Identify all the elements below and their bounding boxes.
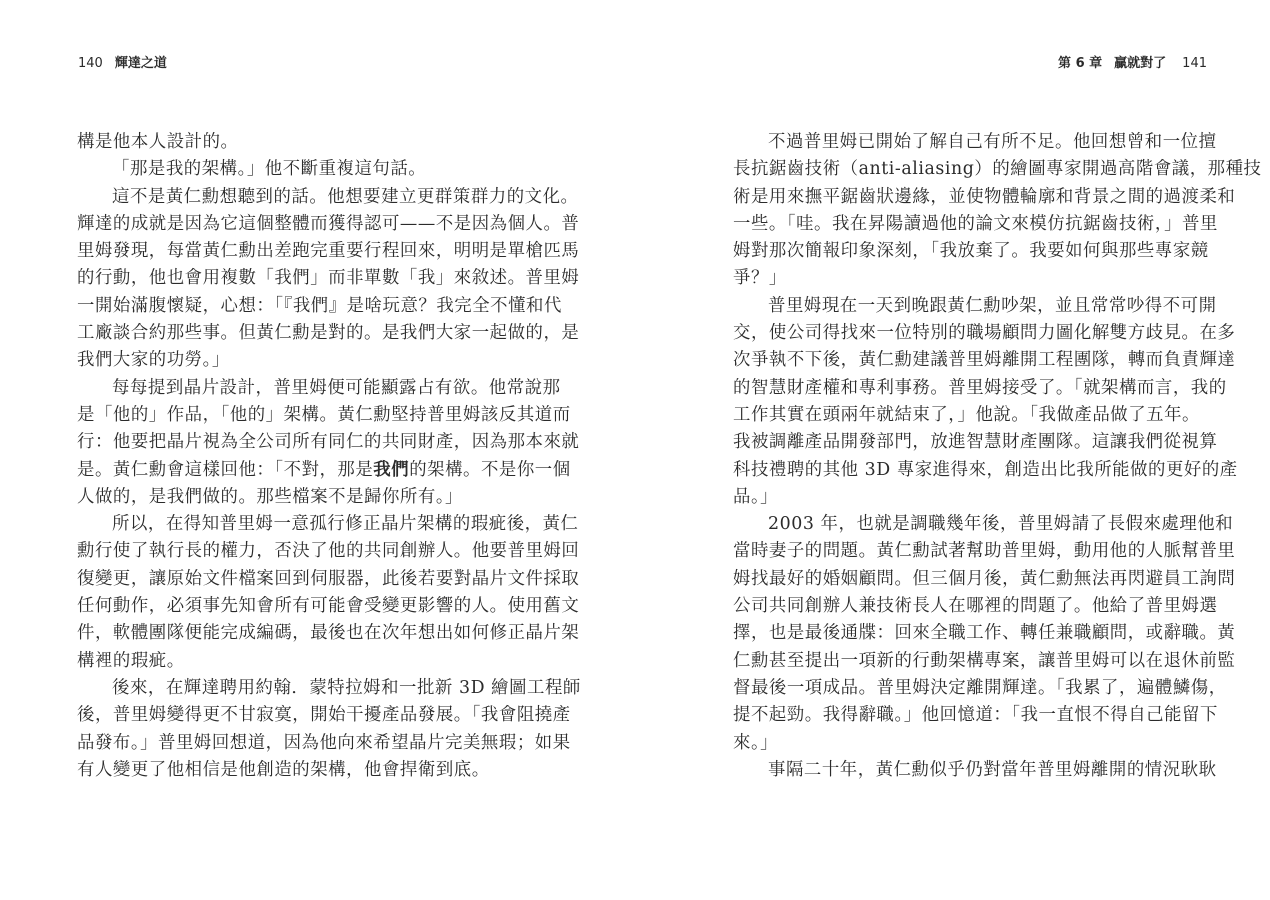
text-line: 勳行使了執行長的權力，否決了他的共同創辦人。他要普里姆回: [77, 538, 539, 565]
page-number: 140: [78, 56, 103, 71]
text-line: 構是他本人設計的。: [77, 129, 539, 156]
text-line: 後來，在輝達聘用約翰．蒙特拉姆和一批新 3D 繪圖工程師: [77, 675, 539, 702]
text-line: 件，軟體團隊便能完成編碼，最後也在次年想出如何修正晶片架: [77, 620, 539, 647]
text-line: 當時妻子的問題。黃仁勳試著幫助普里姆，動用他的人脈幫普里: [733, 538, 1195, 565]
text-line: 所以，在得知普里姆一意孤行修正晶片架構的瑕疵後，黃仁: [77, 511, 539, 538]
text-line: 督最後一項成品。普里姆決定離開輝達。「我累了，遍體鱗傷，: [733, 675, 1195, 702]
text-line: 術是用來撫平鋸齒狀邊緣，並使物體輪廓和背景之間的過渡柔和: [733, 184, 1195, 211]
text-line: 仁勳甚至提出一項新的行動架構專案，讓普里姆可以在退休前監: [733, 648, 1195, 675]
text-line: 事隔二十年，黃仁勳似乎仍對當年普里姆離開的情況耿耿: [733, 757, 1195, 784]
text-line: 任何動作，必須事先知會所有可能會受變更影響的人。使用舊文: [77, 593, 539, 620]
text-line: 擇，也是最後通牒：回來全職工作、轉任兼職顧問，或辭職。黃: [733, 620, 1195, 647]
text-line: 2003 年，也就是調職幾年後，普里姆請了長假來處理他和: [733, 511, 1195, 538]
text-line: 工作其實在頭兩年就結束了，」他說。「我做產品做了五年。: [733, 402, 1195, 429]
left-running-header: 140輝達之道: [78, 52, 167, 71]
text-line: 我們大家的功勞。」: [77, 347, 539, 374]
text-line: 長抗鋸齒技術（anti-aliasing）的繪圖專家開過高階會議，那種技: [733, 156, 1195, 183]
text-line: 一些。「哇。我在昇陽讀過他的論文來模仿抗鋸齒技術，」普里: [733, 211, 1195, 238]
text-line: 科技禮聘的其他 3D 專家進得來，創造出比我所能做的更好的產: [733, 457, 1195, 484]
text-line: 公司共同創辦人兼技術長人在哪裡的問題了。他給了普里姆選: [733, 593, 1195, 620]
text-line: 構裡的瑕疵。: [77, 648, 539, 675]
book-title: 輝達之道: [115, 56, 167, 71]
chapter-title: 贏就對了: [1114, 56, 1166, 71]
text-line: 交，使公司得找來一位特別的職場顧問力圖化解雙方歧見。在多: [733, 320, 1195, 347]
text-line: 提不起勁。我得辭職。」他回憶道：「我一直恨不得自己能留下: [733, 702, 1195, 729]
text-line: 來。」: [733, 730, 1195, 757]
text-line: 的智慧財產權和專利事務。普里姆接受了。「就架構而言，我的: [733, 375, 1195, 402]
text-line: 是。黃仁勳會這樣回他：「不對，那是我們的架構。不是你一個: [77, 457, 539, 484]
text-line: 每每提到晶片設計，普里姆便可能顯露占有欲。他常說那: [77, 375, 539, 402]
text-line: 里姆發現，每當黃仁勳出差跑完重要行程回來，明明是單槍匹馬: [77, 238, 539, 265]
text-line: 工廠談合約那些事。但黃仁勳是對的。是我們大家一起做的，是: [77, 320, 539, 347]
text-segment: 是。黃仁勳會這樣回他：「不對，那是: [77, 460, 373, 480]
chapter-label: 第 6 章: [1058, 56, 1102, 71]
text-line: 後，普里姆變得更不甘寂寞，開始干擾產品發展。「我會阻撓產: [77, 702, 539, 729]
text-line: 復變更，讓原始文件檔案回到伺服器，此後若要對晶片文件採取: [77, 566, 539, 593]
text-line: 這不是黃仁勳想聽到的話。他想要建立更群策群力的文化。: [77, 184, 539, 211]
text-line: 是「他的」作品，「他的」架構。黃仁勳堅持普里姆該反其道而: [77, 402, 539, 429]
right-page-body: 不過普里姆已開始了解自己有所不足。他回想曾和一位擅長抗鋸齒技術（anti-ali…: [733, 129, 1195, 784]
page-number: 141: [1182, 56, 1207, 71]
text-line: 次爭執不下後，黃仁勳建議普里姆離開工程團隊，轉而負責輝達: [733, 347, 1195, 374]
text-line: 輝達的成就是因為它這個整體而獲得認可——不是因為個人。普: [77, 211, 539, 238]
text-line: 一開始滿腹懷疑，心想：「『我們』是啥玩意？我完全不懂和代: [77, 293, 539, 320]
text-line: 我被調離產品開發部門，放進智慧財產團隊。這讓我們從視算: [733, 429, 1195, 456]
text-line: 人做的，是我們做的。那些檔案不是歸你所有。」: [77, 484, 539, 511]
emphasized-text: 我們: [373, 460, 409, 480]
text-line: 不過普里姆已開始了解自己有所不足。他回想曾和一位擅: [733, 129, 1195, 156]
text-line: 「那是我的架構。」他不斷重複這句話。: [77, 156, 539, 183]
right-running-header: 第 6 章贏就對了141: [1058, 52, 1207, 71]
text-line: 普里姆現在一天到晚跟黃仁勳吵架，並且常常吵得不可開: [733, 293, 1195, 320]
text-line: 姆找最好的婚姻顧問。但三個月後，黃仁勳無法再閃避員工詢問: [733, 566, 1195, 593]
text-line: 姆對那次簡報印象深刻，「我放棄了。我要如何與那些專家競: [733, 238, 1195, 265]
book-spread: 140輝達之道 構是他本人設計的。「那是我的架構。」他不斷重複這句話。這不是黃仁…: [0, 0, 1270, 900]
left-page: 140輝達之道 構是他本人設計的。「那是我的架構。」他不斷重複這句話。這不是黃仁…: [0, 0, 635, 900]
text-line: 品。」: [733, 484, 1195, 511]
text-segment: 的架構。不是你一個: [409, 460, 570, 480]
text-line: 行：他要把晶片視為全公司所有同仁的共同財產，因為那本來就: [77, 429, 539, 456]
left-page-body: 構是他本人設計的。「那是我的架構。」他不斷重複這句話。這不是黃仁勳想聽到的話。他…: [77, 129, 539, 784]
text-line: 爭？」: [733, 265, 1195, 292]
text-line: 有人變更了他相信是他創造的架構，他會捍衛到底。: [77, 757, 539, 784]
right-page: 第 6 章贏就對了141 不過普里姆已開始了解自己有所不足。他回想曾和一位擅長抗…: [635, 0, 1270, 900]
text-line: 品發布。」普里姆回想道，因為他向來希望晶片完美無瑕；如果: [77, 730, 539, 757]
text-line: 的行動，他也會用複數「我們」而非單數「我」來敘述。普里姆: [77, 265, 539, 292]
